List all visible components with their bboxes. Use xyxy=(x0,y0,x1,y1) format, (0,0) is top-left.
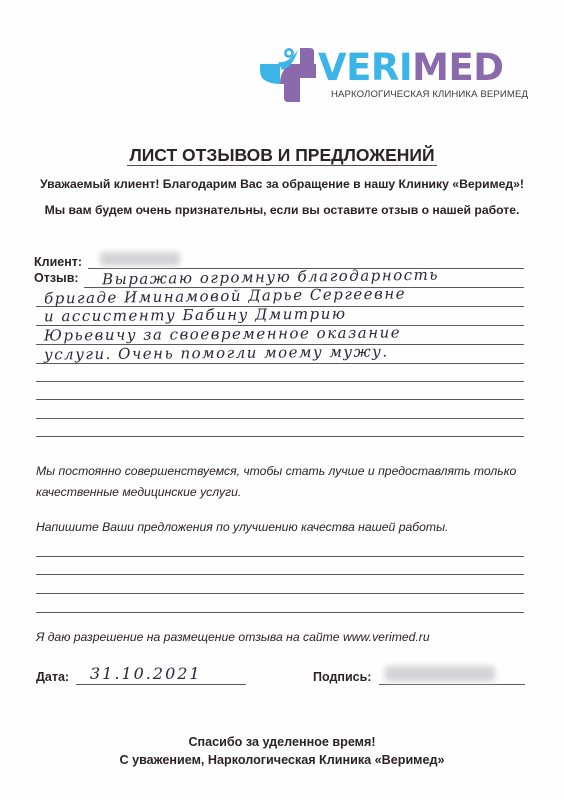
brand-name: VERIMED xyxy=(318,48,503,88)
signature-field-line xyxy=(379,684,525,685)
improvement-note-line-1: Мы постоянно совершенствуемся, чтобы ста… xyxy=(36,464,516,478)
suggestion-line-4 xyxy=(36,612,524,613)
suggestion-line-1 xyxy=(36,556,524,557)
verimed-logo: VERIMED НАРКОЛОГИЧЕСКАЯ КЛИНИКА ВЕРИМЕД xyxy=(258,44,538,106)
suggestions-prompt: Напишите Ваши предложения по улучшению к… xyxy=(36,520,448,534)
review-line-8 xyxy=(36,418,524,419)
form-title: ЛИСТ ОТЗЫВОВ И ПРЕДЛОЖЕНИЙ xyxy=(0,145,564,166)
feedback-form-page: VERIMED НАРКОЛОГИЧЕСКАЯ КЛИНИКА ВЕРИМЕД … xyxy=(0,0,564,800)
review-handwriting-line-4: Юрьевичу за своевременное оказание xyxy=(44,323,401,344)
review-line-7 xyxy=(36,399,524,400)
signature-redacted xyxy=(385,666,495,682)
publication-permission: Я даю разрешение на размещение отзыва на… xyxy=(36,630,430,644)
request-text: Мы вам будем очень признательны, если вы… xyxy=(0,203,564,217)
review-handwriting-line-2: бригаде Иминамовой Дарье Сергеевне xyxy=(44,284,406,307)
date-field-line xyxy=(76,684,246,685)
improvement-note-line-2: качественные медицинские услуги. xyxy=(36,485,241,499)
review-handwriting-line-5: услуги. Очень помогли моему мужу. xyxy=(44,342,389,363)
date-label: Дата: xyxy=(36,670,69,684)
client-label: Клиент: xyxy=(34,255,82,269)
date-handwriting: 31.10.2021 xyxy=(90,664,202,683)
greeting-text: Уважаемый клиент! Благодарим Вас за обра… xyxy=(0,177,564,191)
suggestion-line-2 xyxy=(36,574,524,575)
signature-label: Подпись: xyxy=(313,670,371,684)
suggestion-line-3 xyxy=(36,593,524,594)
brand-subtitle: НАРКОЛОГИЧЕСКАЯ КЛИНИКА ВЕРИМЕД xyxy=(331,89,528,100)
review-line-5 xyxy=(36,363,524,364)
review-line-9 xyxy=(36,436,524,437)
review-handwriting-line-3: и ассистенту Бабину Дмитрию xyxy=(44,305,347,326)
footer-thanks: Спасибо за уделенное время! xyxy=(0,735,564,749)
client-name-redacted xyxy=(100,252,180,266)
footer-regards: С уважением, Наркологическая Клиника «Ве… xyxy=(0,753,564,767)
medical-cross-person-icon xyxy=(258,44,318,104)
review-line-6 xyxy=(36,381,524,382)
review-label: Отзыв: xyxy=(34,271,79,285)
